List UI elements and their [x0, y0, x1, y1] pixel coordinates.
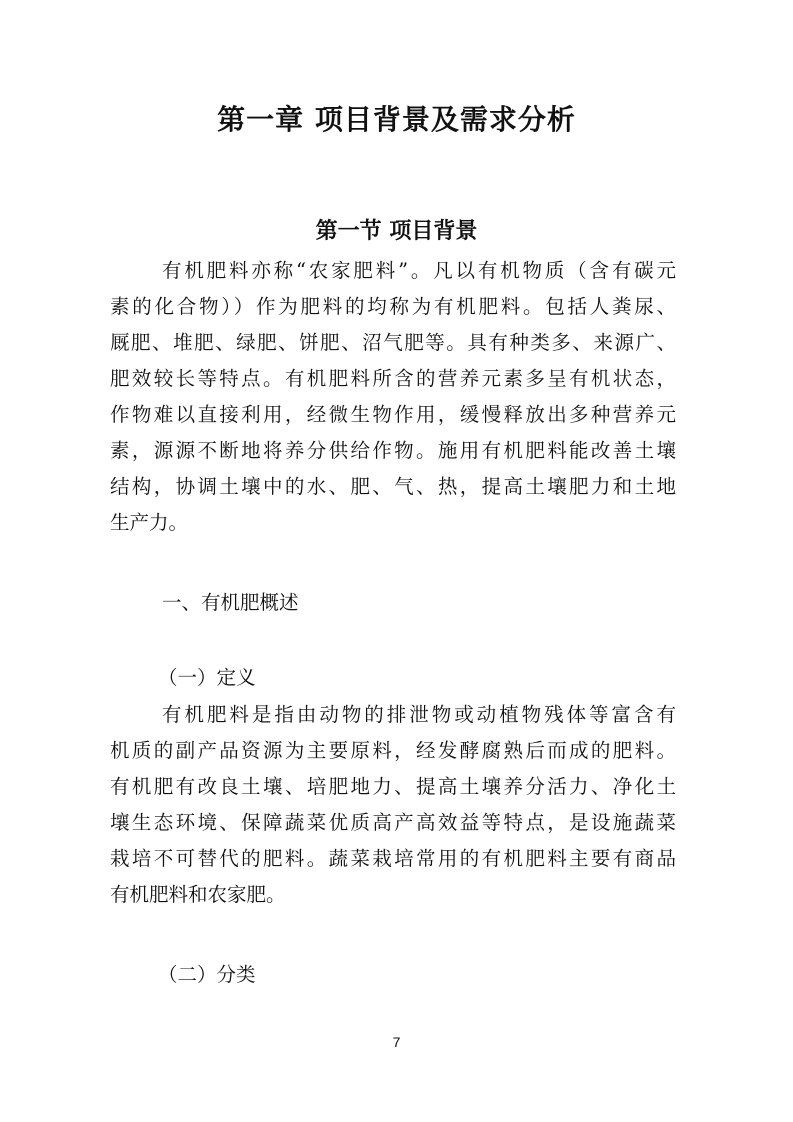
- paragraph-line: 肥效较长等特点。有机肥料所含的营养元素多呈有机状态，: [110, 361, 676, 397]
- page-number: 7: [0, 1034, 793, 1050]
- paragraph-line: 素的化合物））作为肥料的均称为有机肥料。包括人粪尿、: [110, 289, 676, 325]
- section-title: 第一节 项目背景: [0, 214, 793, 245]
- paragraph-line: 壤生态环境、保障蔬菜优质高产高效益等特点，是设施蔬菜: [110, 805, 676, 841]
- document-page: 第一章 项目背景及需求分析 第一节 项目背景 有机肥料亦称“农家肥料”。凡以有机…: [0, 0, 793, 1122]
- paragraph-line: 厩肥、堆肥、绿肥、饼肥、沼气肥等。具有种类多、来源广、: [110, 325, 676, 361]
- paragraph-line: 结构，协调土壤中的水、肥、气、热，提高土壤肥力和土地: [110, 469, 676, 505]
- paragraph-line: 有机肥料和农家肥。: [110, 877, 676, 913]
- paragraph-line: 有机肥料亦称“农家肥料”。凡以有机物质（含有碳元: [162, 253, 676, 289]
- paragraph-line: 有机肥有改良土壤、培肥地力、提高土壤养分活力、净化土: [110, 769, 676, 805]
- heading-classification: （二）分类: [158, 957, 256, 993]
- heading-overview: 一、有机肥概述: [162, 585, 299, 621]
- paragraph-line: 栽培不可替代的肥料。蔬菜栽培常用的有机肥料主要有商品: [110, 841, 676, 877]
- paragraph-line: 有机肥料是指由动物的排泄物或动植物残体等富含有: [162, 697, 676, 733]
- paragraph-line: 作物难以直接利用，经微生物作用，缓慢释放出多种营养元: [110, 397, 676, 433]
- heading-definition: （一）定义: [158, 660, 256, 696]
- paragraph-line: 素，源源不断地将养分供给作物。施用有机肥料能改善土壤: [110, 433, 676, 469]
- chapter-title: 第一章 项目背景及需求分析: [0, 98, 793, 138]
- paragraph-line: 机质的副产品资源为主要原料，经发酵腐熟后而成的肥料。: [110, 733, 676, 769]
- paragraph-line: 生产力。: [110, 505, 676, 541]
